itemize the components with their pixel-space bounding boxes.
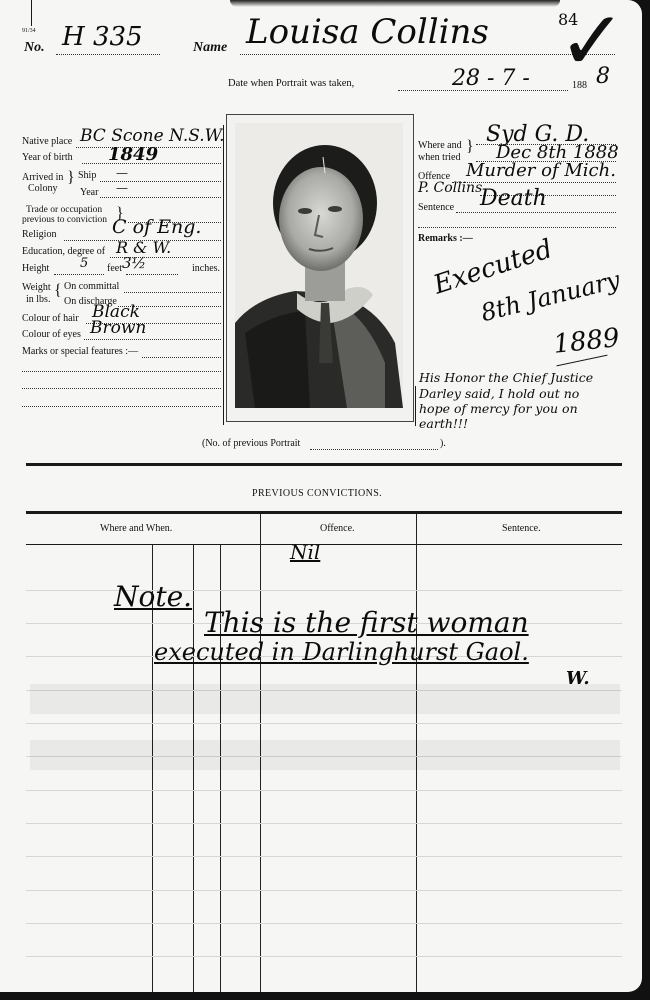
eye-colour-label: Colour of eyes (22, 329, 81, 340)
portrait-date-label: Date when Portrait was taken, (228, 78, 354, 89)
year-of-birth-label: Year of birth (22, 152, 73, 163)
education-label: Education, degree of (22, 246, 105, 257)
sentence-value: Death (480, 186, 547, 211)
height-label: Height (22, 263, 49, 274)
when-tried-label: when tried (418, 152, 461, 163)
note-initials: W. (566, 668, 590, 689)
row-line (26, 923, 622, 924)
sentence-label: Sentence (418, 202, 454, 213)
dotline (456, 212, 616, 213)
inches-label: inches. (192, 263, 220, 274)
portrait-frame (226, 114, 414, 422)
offence-value: Murder of Mich. (466, 160, 616, 181)
brace-icon: { (54, 282, 62, 300)
hair-colour-label: Colour of hair (22, 313, 79, 324)
previous-portrait-close: ). (440, 438, 446, 449)
smudge (30, 684, 620, 714)
native-place-value: BC Scone N.S.W. (80, 126, 225, 146)
dotline (84, 339, 221, 340)
note-label: Note. (114, 580, 192, 613)
table-header-rule (26, 544, 622, 545)
religion-value: C of Eng. (112, 216, 201, 238)
remarks-quote-line-1: His Honor the Chief Justice (419, 370, 593, 385)
portrait-year-prefix: 188 (572, 80, 587, 91)
colony-label: Colony (28, 183, 57, 194)
weight-label-2: in lbs. (26, 294, 50, 305)
check-mark-icon: ✓ (558, 0, 627, 89)
brace-icon: } (67, 169, 75, 187)
dotline (22, 371, 221, 372)
dotline (54, 274, 104, 275)
brace-icon: } (466, 138, 474, 156)
religion-label: Religion (22, 229, 56, 240)
row-line (26, 956, 622, 957)
remarks-label: Remarks :— (418, 233, 473, 244)
name-label: Name (193, 40, 227, 56)
note-line-1: This is the first woman (204, 606, 529, 639)
portrait-photo (235, 123, 403, 408)
dotline (126, 274, 178, 275)
height-inches-value: 3½ (122, 254, 146, 272)
smudge (30, 740, 620, 770)
row-line (26, 856, 622, 857)
name-value: Louisa Collins (246, 12, 489, 52)
number-dotline (56, 54, 160, 55)
dotline (100, 197, 221, 198)
year-of-birth-value: 1849 (108, 144, 158, 165)
corner-mark (31, 0, 32, 26)
row-line (26, 823, 622, 824)
previous-convictions-title: PREVIOUS CONVICTIONS. (252, 488, 382, 499)
dotline (22, 388, 221, 389)
dotline (418, 227, 616, 228)
height-feet-value: 5 (80, 256, 88, 271)
row-line (26, 790, 622, 791)
section-divider (26, 463, 622, 466)
previous-portrait-label: (No. of previous Portrait (202, 438, 300, 449)
remarks-quote-line-4: earth!!! (419, 416, 468, 431)
table-top-rule (26, 511, 622, 514)
number-label: No. (24, 40, 45, 56)
note-line-2: executed in Darlinghurst Gaol. (154, 638, 529, 666)
on-committal-label: On committal (64, 281, 119, 292)
column-header-where-when: Where and When. (100, 523, 172, 534)
remarks-quote-line-3: hope of mercy for you on (419, 401, 578, 416)
ship-label: Ship (78, 170, 96, 181)
year-label: Year (80, 187, 98, 198)
offence-value-2: P. Collins (418, 180, 482, 196)
portrait-year-suffix: 8 (596, 64, 610, 89)
feet-label: feet (107, 263, 122, 274)
column-header-sentence: Sentence. (502, 523, 541, 534)
portrait-image (235, 123, 403, 408)
native-place-label: Native place (22, 136, 72, 147)
dotline (142, 357, 221, 358)
remarks-execution-year: 1889 (552, 323, 621, 360)
dotline (310, 449, 438, 450)
portrait-date-value: 28 - 7 - (452, 66, 530, 91)
year-value: — (116, 181, 128, 195)
right-section-border (415, 386, 416, 426)
remarks-quote-line-2: Darley said, I hold out no (419, 386, 579, 401)
dotline (124, 292, 221, 293)
dotline (22, 406, 221, 407)
weight-label: Weight (22, 282, 51, 293)
prison-record-sheet: 91/34 No. H 335 Name Louisa Collins 84 ✓… (0, 0, 642, 992)
ship-value: — (116, 166, 128, 180)
column-header-offence: Offence. (320, 523, 355, 534)
number-value: H 335 (62, 22, 143, 52)
eye-colour-value: Brown (90, 318, 146, 338)
where-tried-label: Where and (418, 140, 462, 151)
marks-label: Marks or special features :— (22, 346, 138, 357)
arrived-label: Arrived in (22, 172, 63, 183)
page-top-shadow (230, 0, 560, 7)
left-section-border (223, 125, 224, 425)
offence-entry-nil: Nil (290, 540, 320, 564)
corner-stamp: 91/34 (22, 28, 36, 34)
trade-label: Trade or occupation (26, 205, 102, 215)
row-line (26, 723, 622, 724)
trade-label-2: previous to conviction (22, 215, 107, 225)
row-line (26, 890, 622, 891)
